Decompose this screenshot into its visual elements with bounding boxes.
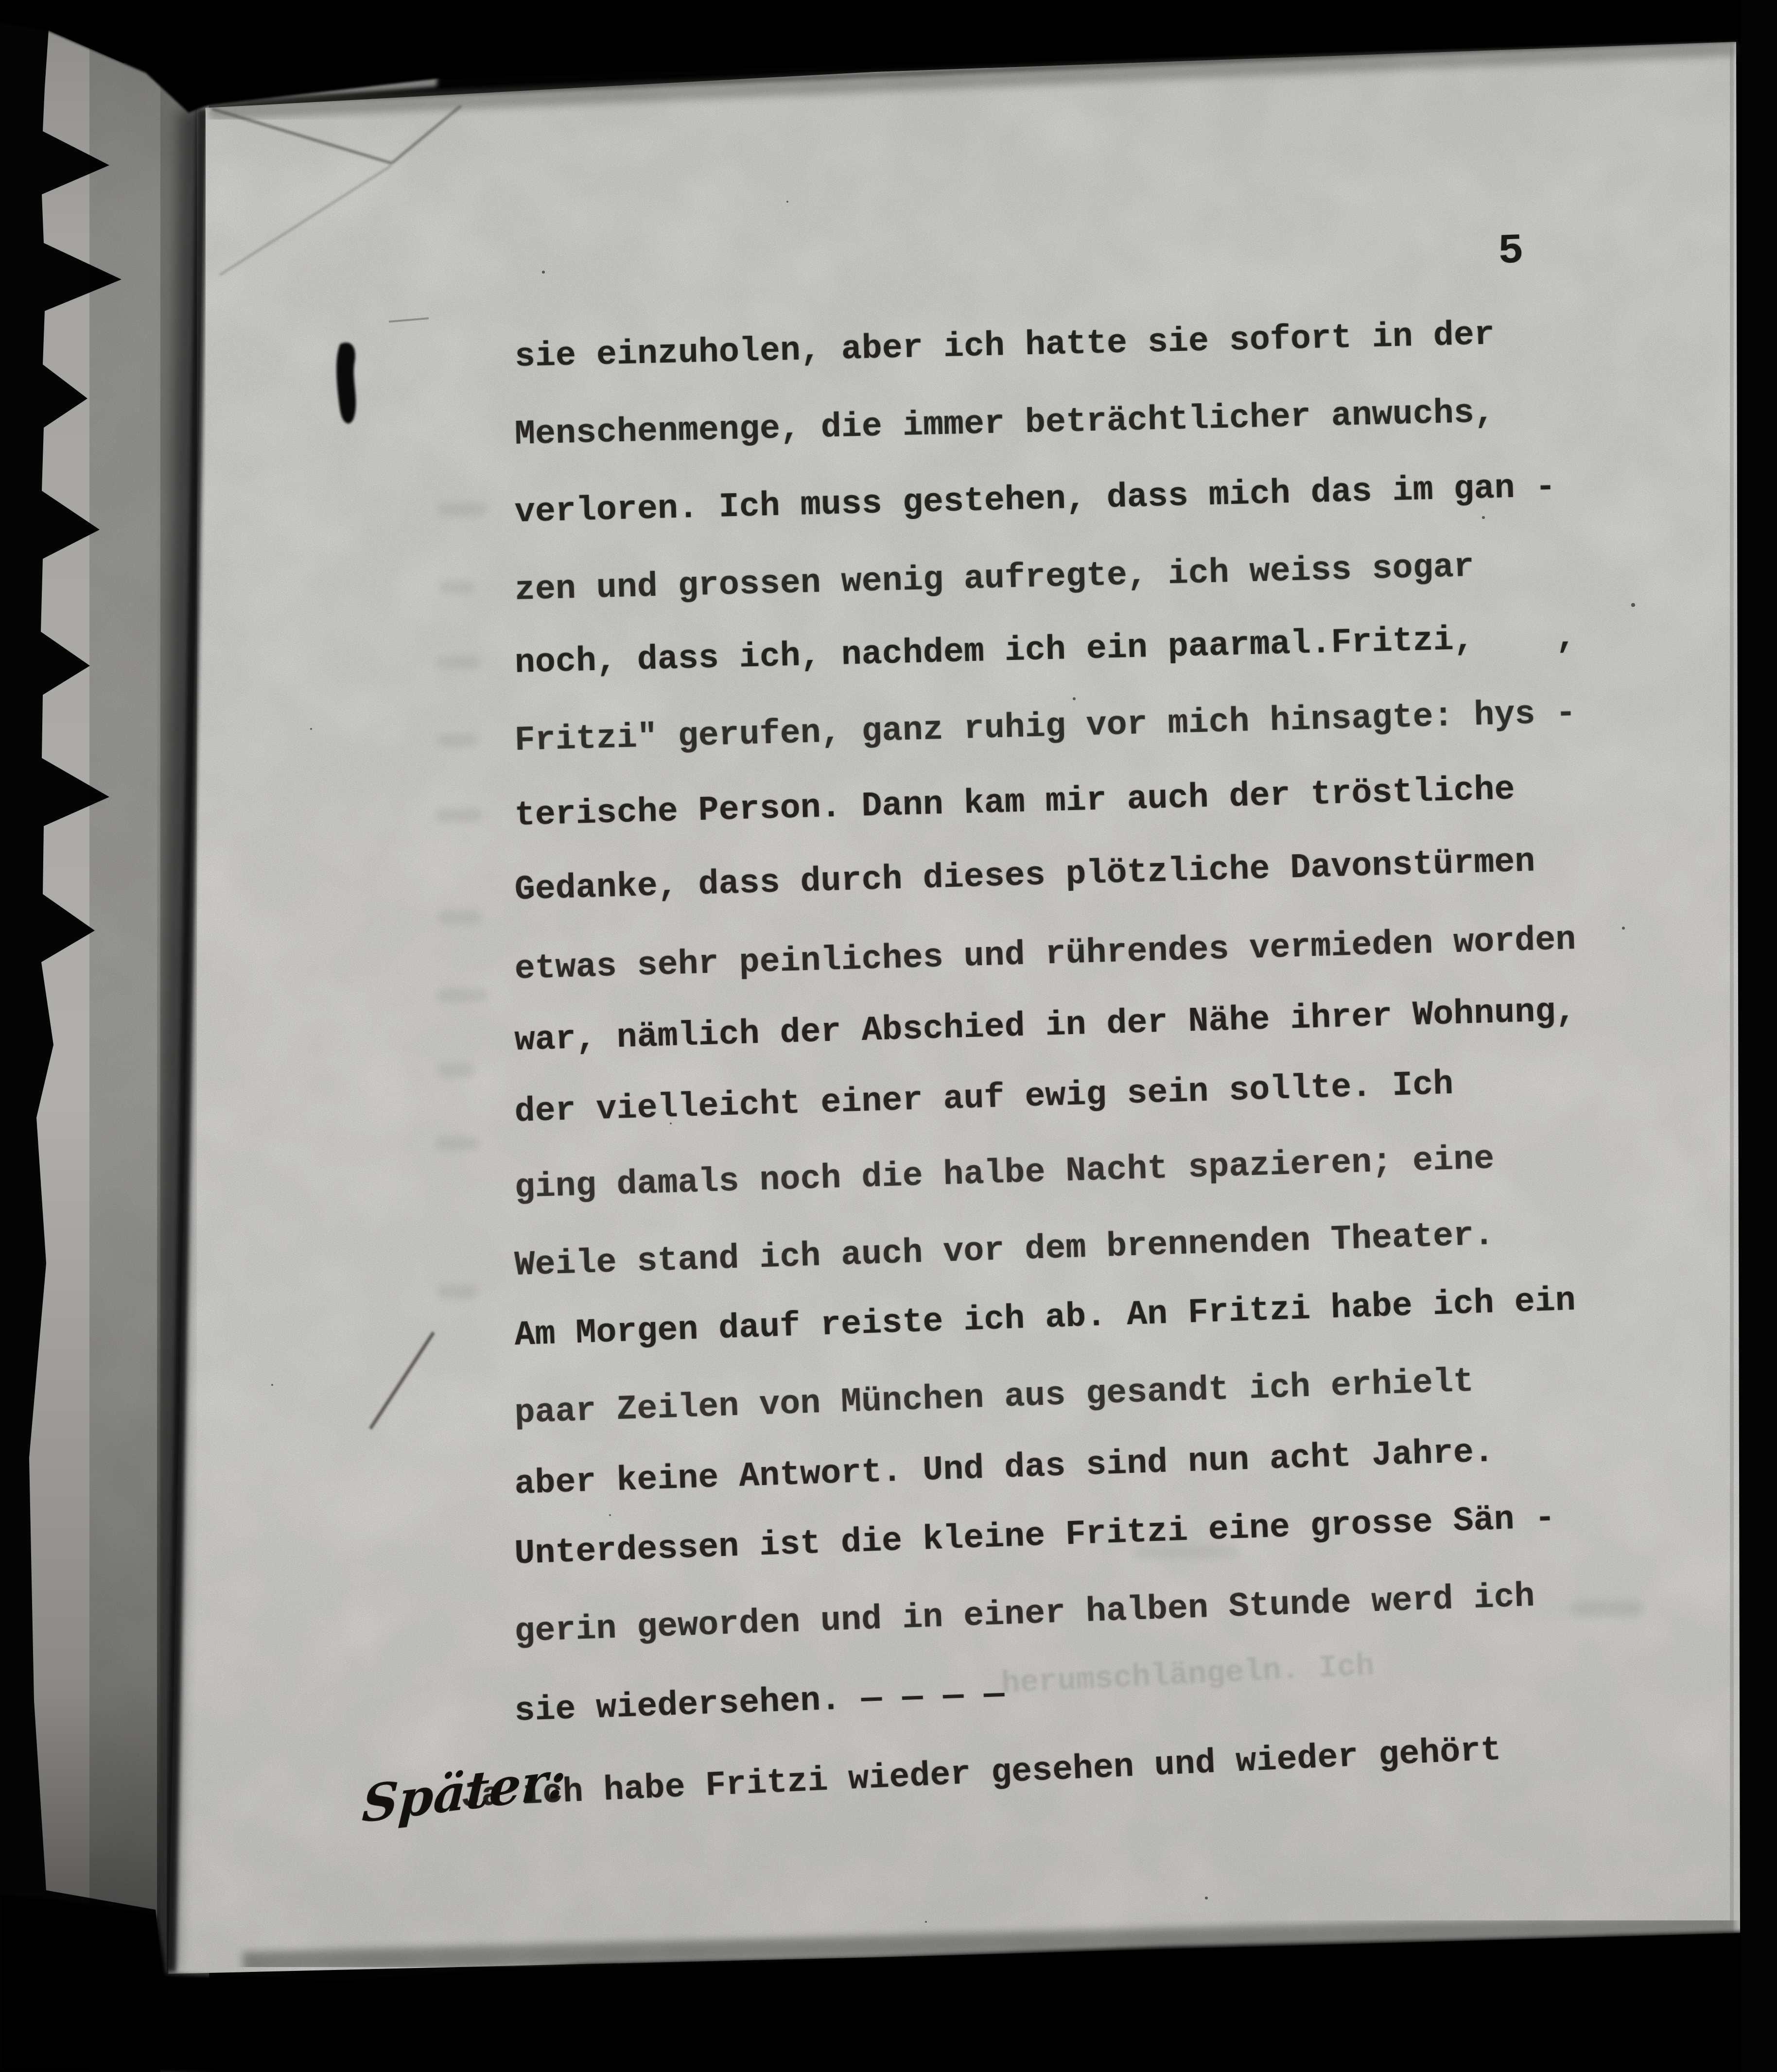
- scanned-typescript-page: 5 sie einzuholen, aber ich hatte sie sof…: [0, 0, 1777, 2072]
- scan-right-band: [1741, 0, 1777, 2072]
- page-number: 5: [1497, 227, 1524, 276]
